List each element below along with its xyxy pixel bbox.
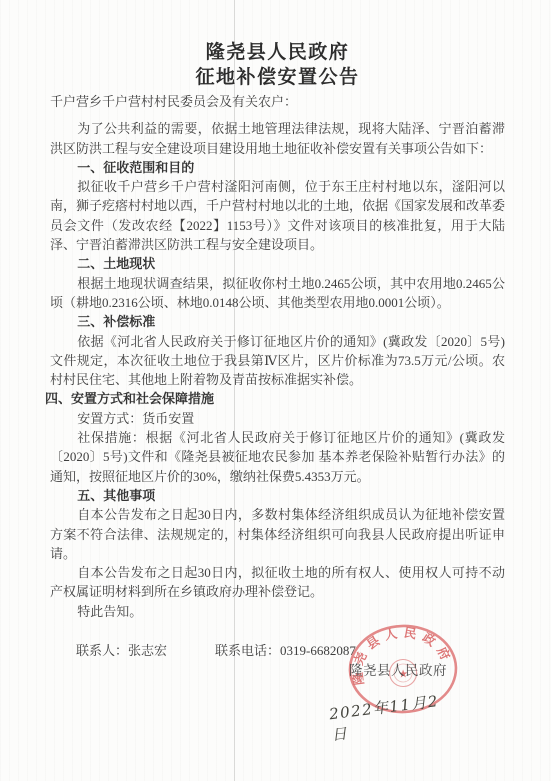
page-title-line-1: 隆尧县人民政府 [50,40,505,65]
section-2-heading: 二、土地现状 [50,254,505,273]
section-5-paragraph-registration: 自本公告发布之日起30日内，拟征收土地的所有权人、使用权人可持不动产权属证明材料… [50,563,505,602]
section-2-paragraph: 根据土地现状调查结果，拟征收你村土地0.2465公顷，其中农用地0.2465公顷… [50,274,505,313]
contact-person-name: 张志宏 [128,643,167,658]
section-3-paragraph: 依据《河北省人民政府关于修订征地区片价的通知》(冀政发〔2020〕5号)文件规定… [50,332,505,390]
section-4-paragraph-resettlement: 安置方式：货币安置 [50,409,505,428]
scanned-announcement-page: 隆尧县人民政府 征地补偿安置公告 千户营乡千户营村村民委员会及有关农户： 为了公… [0,0,551,781]
paragraph-intro: 为了公共利益的需要，依据土地管理法律法规，现将大陆泽、宁晋泊蓄滞洪区防洪工程与安… [50,119,505,158]
issuer-name: 隆尧县人民政府 [349,659,447,679]
section-3-heading: 三、补偿标准 [50,312,505,331]
contact-person-label: 联系人： [76,643,128,658]
salutation: 千户营乡千户营村村民委员会及有关农户： [50,92,505,111]
section-1-heading: 一、征收范围和目的 [50,158,505,177]
section-5-paragraph-hearing: 自本公告发布之日起30日内，多数村集体经济组织成员认为征地补偿安置方案不符合法律… [50,505,505,563]
contact-phone-label: 联系电话： [215,643,280,658]
section-5-heading: 五、其他事项 [50,486,505,505]
closing-remark: 特此告知。 [50,602,505,621]
section-1-paragraph: 拟征收千户营乡千户营村滏阳河南侧，位于东王庄村村地以东，滏阳河以南，狮子疙瘩村村… [50,177,505,254]
page-title-line-2: 征地补偿安置公告 [50,65,505,90]
section-4-heading: 四、安置方式和社会保障措施 [45,389,505,408]
document-body: 隆尧县人民政府 征地补偿安置公告 千户营乡千户营村村民委员会及有关农户： 为了公… [0,0,551,781]
section-4-paragraph-social-security: 社保措施：根据《河北省人民政府关于修订征地区片价的通知》(冀政发〔2020〕5号… [50,428,505,486]
